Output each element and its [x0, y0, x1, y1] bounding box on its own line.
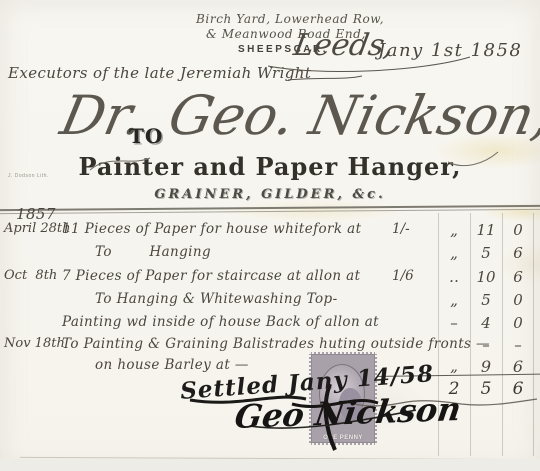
debtor-line: Executors of the late Jeremiah Wright [8, 64, 311, 82]
ledger-row: April 28th 11 Pieces of Paper for house … [0, 221, 540, 241]
ledger-row: To Hanging & Whitewashing Top- „ 5 0 [0, 291, 540, 311]
entry-pounds: „ [440, 291, 468, 309]
entry-pounds: – [440, 314, 468, 332]
entry-shillings: 4 [472, 314, 500, 332]
entry-rate: 1/6 [392, 268, 432, 284]
entry-description: 7 Pieces of Paper for staircase at allon… [62, 268, 360, 284]
ledger-row: To Hanging „ 5 6 [0, 244, 540, 264]
entry-pence: 6 [504, 268, 532, 286]
trade-subtitle: GRAINER, GILDER, &c. [0, 187, 540, 202]
entry-shillings: 10 [472, 268, 500, 286]
address-line1: Birch Yard, Lowerhead Row, [196, 12, 384, 26]
entry-shillings: – [472, 336, 500, 354]
entry-description: To Hanging [95, 244, 211, 260]
entry-pounds: „ [440, 221, 468, 239]
entry-pence: 0 [504, 314, 532, 332]
entry-pence: – [504, 336, 532, 354]
entry-description: To Hanging & Whitewashing Top- [95, 291, 338, 307]
signature: Geo Nickson [232, 390, 463, 436]
entry-date: Nov 18th [4, 336, 62, 351]
entry-pounds: ‥ [440, 268, 468, 286]
entry-shillings: 5 [472, 291, 500, 309]
entry-date: Oct 8th [4, 268, 62, 283]
entry-rate: 1/- [392, 221, 432, 237]
to-word: TO [129, 124, 163, 148]
entry-pence: 6 [504, 244, 532, 262]
ledger-row: Nov 18th To Painting & Graining Balistra… [0, 336, 540, 356]
scan-margin [0, 459, 540, 471]
ledger-row: Oct 8th 7 Pieces of Paper for staircase … [0, 268, 540, 288]
entry-pounds: „ [440, 357, 468, 375]
entry-pence: 6 [504, 357, 532, 376]
entry-shillings: 9 [472, 357, 500, 376]
payee-name: Geo. Nickson, [163, 84, 540, 147]
ledger-row: Painting wd inside of house Back of allo… [0, 314, 540, 334]
entry-pounds: „ [440, 244, 468, 262]
stamp-denomination: ONE PENNY [311, 435, 375, 441]
entry-description: Painting wd inside of house Back of allo… [62, 314, 379, 330]
invoice-date: Jany 1st 1858 [378, 40, 522, 61]
entry-description: 11 Pieces of Paper for house whitefork a… [62, 221, 361, 237]
trade-title: Painter and Paper Hanger, [0, 152, 540, 181]
entry-shillings: 5 [472, 244, 500, 262]
total-pence: 6 [504, 379, 532, 399]
entry-pence: 0 [504, 291, 532, 309]
entry-description: To Painting & Graining Balistrades hutin… [62, 336, 490, 352]
entry-pence: 0 [504, 221, 532, 239]
entry-shillings: 11 [472, 221, 500, 239]
total-shillings: 5 [472, 379, 500, 399]
entry-description: on house Barley at — [95, 357, 249, 373]
invoice-document: Birch Yard, Lowerhead Row, & Meanwood Ro… [0, 0, 540, 471]
entry-date: April 28th [4, 221, 62, 236]
